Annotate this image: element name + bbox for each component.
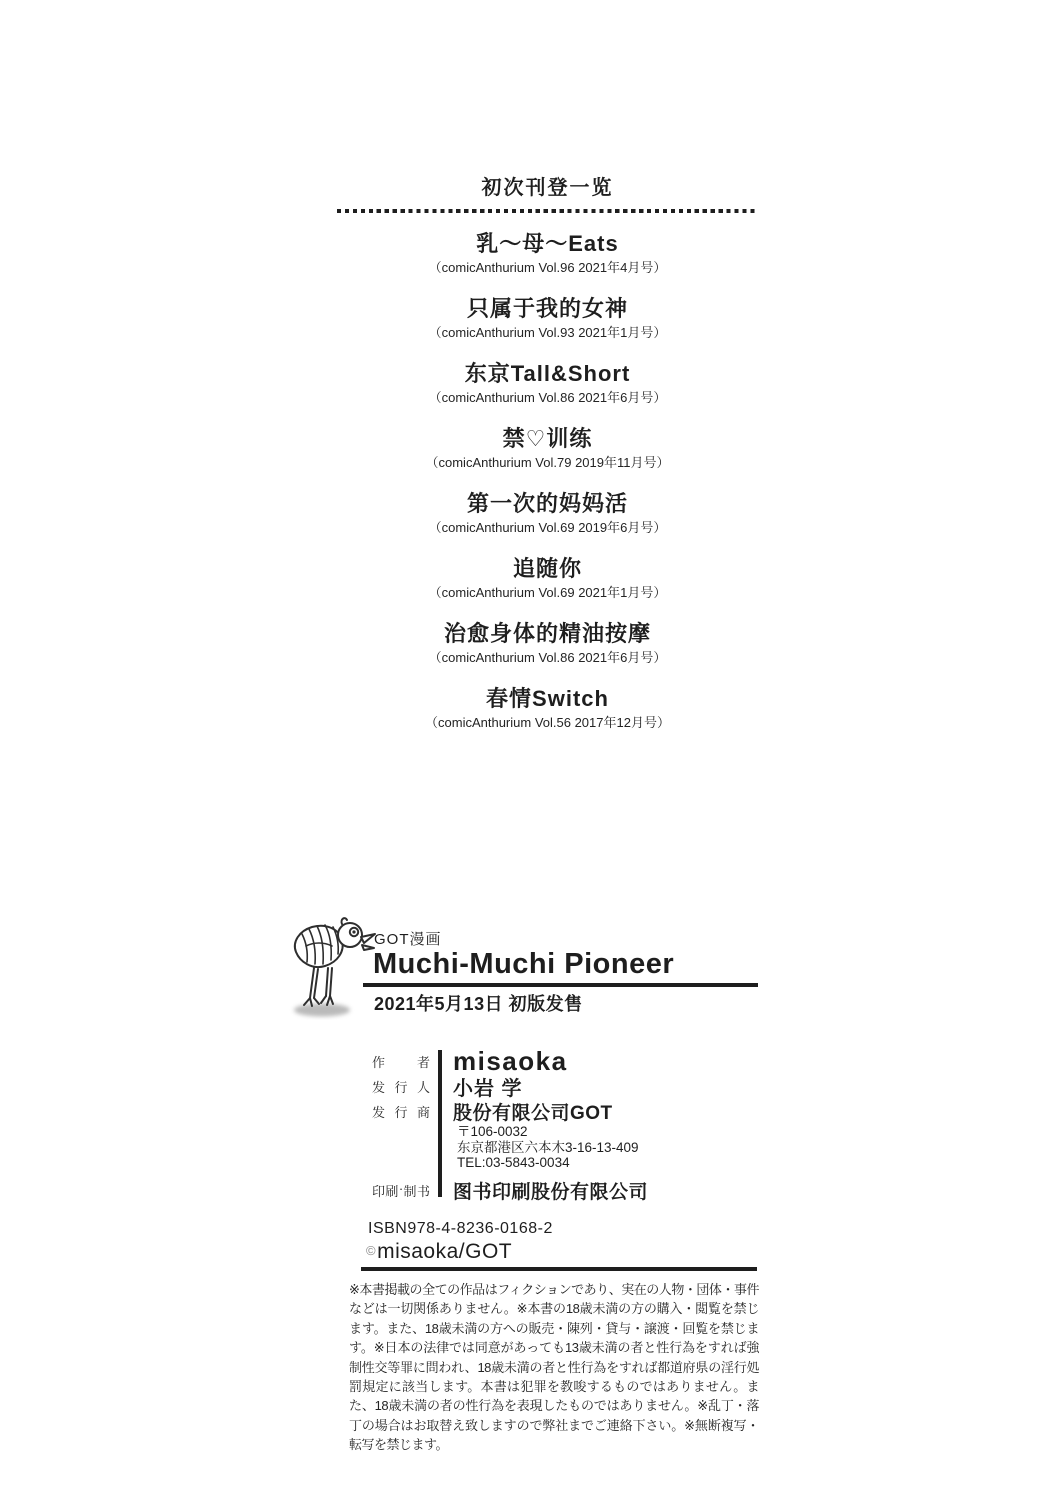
credit-label-char: 书 <box>417 1181 430 1200</box>
entry-title: 只属于我的女神 <box>337 294 758 324</box>
publication-entry: 东京Tall&Short（comicAnthurium Vol.86 2021年… <box>337 359 758 407</box>
entry-source: （comicAnthurium Vol.86 2021年6月号） <box>337 649 758 667</box>
publisher-address: 〒106-0032东京都港区六本木3-16-13-409TEL:03-5843-… <box>457 1124 702 1171</box>
credit-label-char: 人 <box>417 1077 430 1096</box>
copyright-icon: © <box>366 1243 376 1258</box>
colophon-page: 初次刊登一览 乳～母～Eats（comicAnthurium Vol.96 20… <box>0 0 1057 1500</box>
entry-source: （comicAnthurium Vol.96 2021年4月号） <box>337 259 758 277</box>
credit-row-author: 作者misaoka <box>372 1048 702 1074</box>
credit-label-char: 作 <box>372 1052 385 1071</box>
publication-entry: 禁♡训练（comicAnthurium Vol.79 2019年11月号） <box>337 424 758 472</box>
credit-label-char: 印 <box>372 1181 385 1200</box>
entry-title: 第一次的妈妈活 <box>337 489 758 519</box>
credit-label: 印刷·制书 <box>372 1181 430 1200</box>
credits-block: 作者misaoka发行人小岩 学发行商股份有限公司GOT〒106-0032东京都… <box>372 1048 702 1203</box>
dotted-divider <box>337 209 758 213</box>
publisher-address-line: 〒106-0032 <box>457 1124 702 1140</box>
credit-row-printer: 印刷·制书图书印刷股份有限公司 <box>372 1179 702 1203</box>
credit-label-char: 刷 <box>385 1181 398 1200</box>
credit-label-char: 发 <box>372 1102 385 1121</box>
credit-row-publishing-company: 发行商股份有限公司GOT <box>372 1099 702 1123</box>
entry-title: 乳～母～Eats <box>337 229 758 259</box>
publication-entry: 第一次的妈妈活（comicAnthurium Vol.69 2019年6月号） <box>337 489 758 537</box>
credit-value: 股份有限公司GOT <box>453 1098 613 1125</box>
publication-entry: 只属于我的女神（comicAnthurium Vol.93 2021年1月号） <box>337 294 758 342</box>
credit-label-char: 行 <box>394 1102 407 1121</box>
credit-label-char: 制 <box>404 1181 417 1200</box>
book-title: Muchi-Muchi Pioneer <box>373 948 674 981</box>
entry-source: （comicAnthurium Vol.69 2021年1月号） <box>337 584 758 602</box>
entry-source: （comicAnthurium Vol.93 2021年1月号） <box>337 324 758 342</box>
entry-title: 禁♡训练 <box>337 424 758 454</box>
entry-title: 春情Switch <box>337 684 758 714</box>
isbn: ISBN978-4-8236-0168-2 <box>368 1219 553 1238</box>
publication-list: 初次刊登一览 乳～母～Eats（comicAnthurium Vol.96 20… <box>337 176 758 732</box>
title-divider <box>363 983 758 987</box>
credit-label-char: 商 <box>417 1102 430 1121</box>
publication-entry: 追随你（comicAnthurium Vol.69 2021年1月号） <box>337 554 758 602</box>
credit-row-publisher-representative: 发行人小岩 学 <box>372 1074 702 1099</box>
copyright-line: ©misaoka/GOT <box>366 1238 512 1265</box>
release-date: 2021年5月13日 初版发售 <box>374 993 583 1015</box>
entry-title: 治愈身体的精油按摩 <box>337 619 758 649</box>
credit-label: 作者 <box>372 1052 430 1071</box>
entry-title: 追随你 <box>337 554 758 584</box>
entry-source: （comicAnthurium Vol.56 2017年12月号） <box>337 714 758 732</box>
credit-label-char: 发 <box>372 1077 385 1096</box>
publisher-address-line: 东京都港区六本木3-16-13-409 <box>457 1140 702 1156</box>
credit-label: 发行商 <box>372 1102 430 1121</box>
entry-title: 东京Tall&Short <box>337 359 758 389</box>
publisher-address-line: TEL:03-5843-0034 <box>457 1155 702 1171</box>
publication-entries: 乳～母～Eats（comicAnthurium Vol.96 2021年4月号）… <box>337 229 758 732</box>
credit-label-char: 者 <box>417 1052 430 1071</box>
credit-label: 发行人 <box>372 1077 430 1096</box>
logo-shadow <box>294 1004 350 1017</box>
publication-list-heading: 初次刊登一览 <box>337 176 758 200</box>
disclaimer-text: ※本書掲載の全ての作品はフィクションであり、実在の人物・団体・事件などは一切関係… <box>349 1280 759 1455</box>
credit-value: 图书印刷股份有限公司 <box>453 1177 648 1204</box>
disclaimer-divider <box>361 1267 757 1271</box>
entry-source: （comicAnthurium Vol.79 2019年11月号） <box>337 454 758 472</box>
publication-entry: 春情Switch（comicAnthurium Vol.56 2017年12月号… <box>337 684 758 732</box>
entry-source: （comicAnthurium Vol.86 2021年6月号） <box>337 389 758 407</box>
publication-entry: 治愈身体的精油按摩（comicAnthurium Vol.86 2021年6月号… <box>337 619 758 667</box>
sketch-bird-logo-icon <box>286 912 378 1020</box>
imprint-label: GOT漫画 <box>374 931 442 949</box>
credit-label-char: · <box>399 1181 403 1200</box>
entry-source: （comicAnthurium Vol.69 2019年6月号） <box>337 519 758 537</box>
copyright-holder: misaoka/GOT <box>377 1240 512 1263</box>
publication-entry: 乳～母～Eats（comicAnthurium Vol.96 2021年4月号） <box>337 229 758 277</box>
credit-label-char: 行 <box>394 1077 407 1096</box>
